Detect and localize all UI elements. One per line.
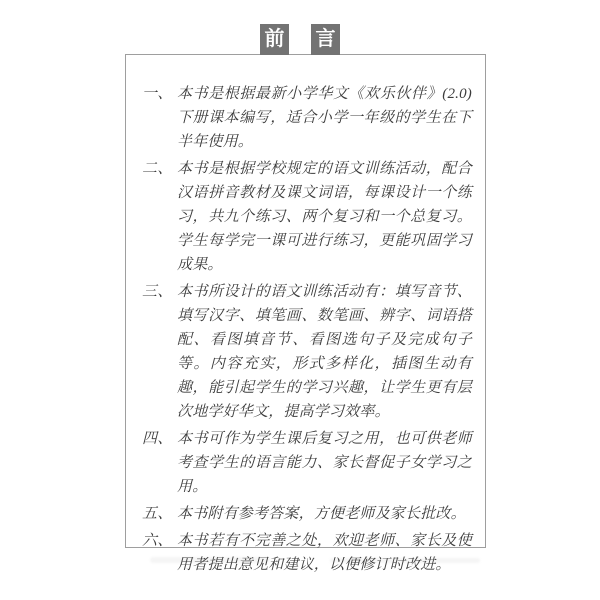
preface-item: 三、 本书所设计的语文训练活动有：填写音节、填写汉字、填笔画、数笔画、辨字、词语… <box>142 280 472 424</box>
preface-list: 一、 本书是根据最新小学华文《欢乐伙伴》(2.0) 下册课本编写，适合小学一年级… <box>126 55 485 547</box>
preface-frame: 一、 本书是根据最新小学华文《欢乐伙伴》(2.0) 下册课本编写，适合小学一年级… <box>125 54 486 548</box>
preface-item: 二、 本书是根据学校规定的语文训练活动，配合汉语拼音教材及课文词语，每课设计一个… <box>142 157 472 277</box>
preface-item: 五、 本书附有参考答案，方便老师及家长批改。 <box>142 502 472 526</box>
item-text: 本书可作为学生课后复习之用，也可供老师考查学生的语言能力、家长督促子女学习之用。 <box>177 427 472 499</box>
item-number: 二、 <box>142 157 177 181</box>
title-block-yan: 言 <box>311 24 340 55</box>
preface-item: 一、 本书是根据最新小学华文《欢乐伙伴》(2.0) 下册课本编写，适合小学一年级… <box>142 82 472 154</box>
item-number: 五、 <box>142 502 177 526</box>
item-text: 本书附有参考答案，方便老师及家长批改。 <box>177 502 472 526</box>
item-number: 一、 <box>142 82 177 106</box>
item-text: 本书若有不完善之处，欢迎老师、家长及使用者提出意见和建议，以便修订时改进。 <box>177 529 472 577</box>
item-number: 三、 <box>142 280 177 304</box>
page-title: 前 言 <box>0 24 600 55</box>
scanned-preface-page: 前 言 一、 本书是根据最新小学华文《欢乐伙伴》(2.0) 下册课本编写，适合小… <box>0 0 600 600</box>
preface-item: 四、 本书可作为学生课后复习之用，也可供老师考查学生的语言能力、家长督促子女学习… <box>142 427 472 499</box>
item-number: 四、 <box>142 427 177 451</box>
title-block-qian: 前 <box>260 24 289 55</box>
item-number: 六、 <box>142 529 177 553</box>
item-text: 本书所设计的语文训练活动有：填写音节、填写汉字、填笔画、数笔画、辨字、词语搭配、… <box>177 280 472 424</box>
preface-item: 六、 本书若有不完善之处，欢迎老师、家长及使用者提出意见和建议，以便修订时改进。 <box>142 529 472 577</box>
scan-smudge <box>150 557 270 563</box>
scan-smudge <box>330 558 480 563</box>
item-text: 本书是根据最新小学华文《欢乐伙伴》(2.0) 下册课本编写，适合小学一年级的学生… <box>177 82 472 154</box>
item-text: 本书是根据学校规定的语文训练活动，配合汉语拼音教材及课文词语，每课设计一个练习，… <box>177 157 472 277</box>
